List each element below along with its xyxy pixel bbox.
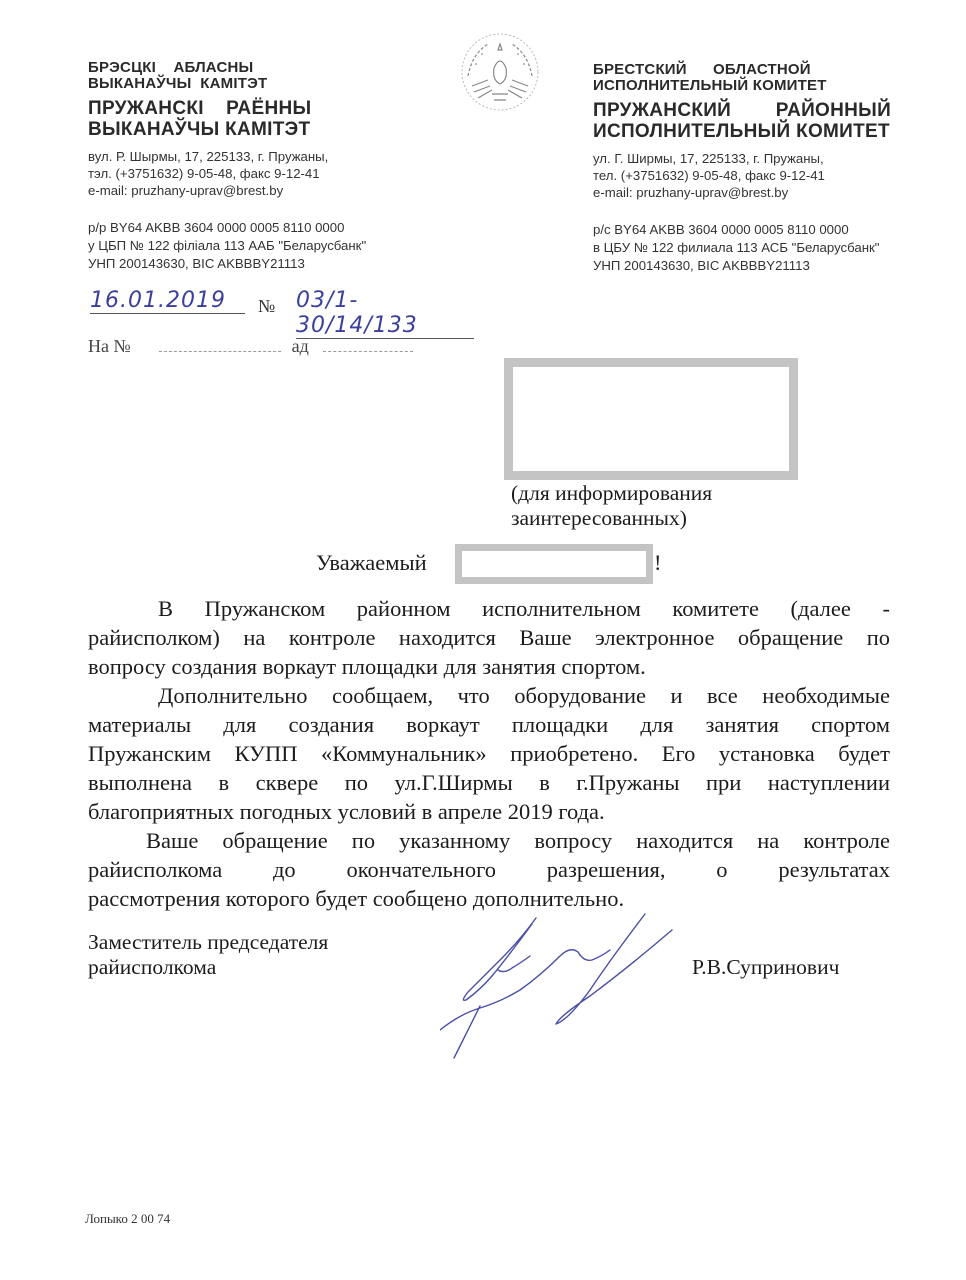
address: ул. Г. Ширмы, 17, 225133, г. Пружаны, bbox=[593, 150, 923, 167]
paragraph-2: Дополнительно сообщаем, что оборудование… bbox=[88, 681, 890, 826]
handwritten-signature-icon bbox=[440, 910, 700, 1060]
dept-name-line1: ПРУЖАНСКІ РАЁННЫ bbox=[88, 98, 448, 119]
from-blank bbox=[323, 350, 413, 352]
letter-body: В Пружанском районном исполнительном ком… bbox=[88, 594, 890, 913]
redacted-recipient-name bbox=[455, 544, 653, 584]
document-date: 16.01.2019 bbox=[90, 288, 250, 314]
in-reply-blank bbox=[159, 350, 281, 352]
in-reply-to-line: На № ад bbox=[88, 336, 413, 357]
recipient-note: (для информирования заинтересованных) bbox=[511, 481, 712, 531]
paragraph-3: Ваше обращение по указанному вопросу нах… bbox=[88, 826, 890, 913]
bank-account: р/р BY64 AKBB 3604 0000 0005 8110 0000 bbox=[88, 219, 448, 237]
salutation-prefix: Уважаемый bbox=[316, 550, 427, 575]
signatory-title: Заместитель председателя райисполкома bbox=[88, 930, 328, 980]
number-sign: № bbox=[258, 296, 275, 317]
address: вул. Р. Шырмы, 17, 225133, г. Пружаны, bbox=[88, 148, 448, 165]
salutation: Уважаемый bbox=[316, 548, 427, 577]
letterhead-belarusian: БРЭСЦКІ АБЛАСНЫ ВЫКАНАЎЧЫ КАМІТЭТ ПРУЖАН… bbox=[88, 60, 448, 273]
dept-name-line2: ИСПОЛНИТЕЛЬНЫЙ КОМИТЕТ bbox=[593, 121, 923, 142]
redacted-recipient-address bbox=[504, 358, 798, 480]
tax-id: УНП 200143630, BIC AKBBBY21113 bbox=[593, 257, 923, 275]
bank-branch: у ЦБП № 122 філіала 113 ААБ "Беларусбанк… bbox=[88, 237, 448, 255]
org-name-line1: БРЭСЦКІ АБЛАСНЫ bbox=[88, 60, 448, 76]
email: e-mail: pruzhany-uprav@brest.by bbox=[88, 182, 448, 199]
paragraph-1: В Пружанском районном исполнительном ком… bbox=[88, 594, 890, 681]
org-name-line1: БРЕСТСКИЙ ОБЛАСТНОЙ bbox=[593, 62, 923, 78]
document-number: 03/1-30/14/133 bbox=[296, 288, 474, 339]
email: e-mail: pruzhany-uprav@brest.by bbox=[593, 184, 923, 201]
in-reply-label: На № bbox=[88, 336, 131, 356]
from-label: ад bbox=[292, 336, 309, 356]
dept-name-line1: ПРУЖАНСКИЙ РАЙОННЫЙ bbox=[593, 100, 923, 121]
tax-id: УНП 200143630, BIC AKBBBY21113 bbox=[88, 255, 448, 273]
org-name-line2: ВЫКАНАЎЧЫ КАМІТЭТ bbox=[88, 76, 448, 92]
phone: тел. (+3751632) 9-05-48, факс 9-12-41 bbox=[593, 167, 923, 184]
bank-branch: в ЦБУ № 122 филиала 113 АСБ "Беларусбанк… bbox=[593, 239, 923, 257]
executor-contact: Лопыко 2 00 74 bbox=[85, 1211, 170, 1227]
signatory-name: Р.В.Супринович bbox=[692, 955, 839, 980]
phone: тэл. (+3751632) 9-05-48, факс 9-12-41 bbox=[88, 165, 448, 182]
salutation-suffix: ! bbox=[654, 548, 662, 577]
dept-name-line2: ВЫКАНАЎЧЫ КАМІТЭТ bbox=[88, 119, 448, 140]
bank-account: р/с BY64 AKBB 3604 0000 0005 8110 0000 bbox=[593, 221, 923, 239]
org-name-line2: ИСПОЛНИТЕЛЬНЫЙ КОМИТЕТ bbox=[593, 78, 923, 94]
coat-of-arms-icon bbox=[458, 30, 542, 114]
letterhead-russian: БРЕСТСКИЙ ОБЛАСТНОЙ ИСПОЛНИТЕЛЬНЫЙ КОМИТ… bbox=[593, 62, 923, 275]
